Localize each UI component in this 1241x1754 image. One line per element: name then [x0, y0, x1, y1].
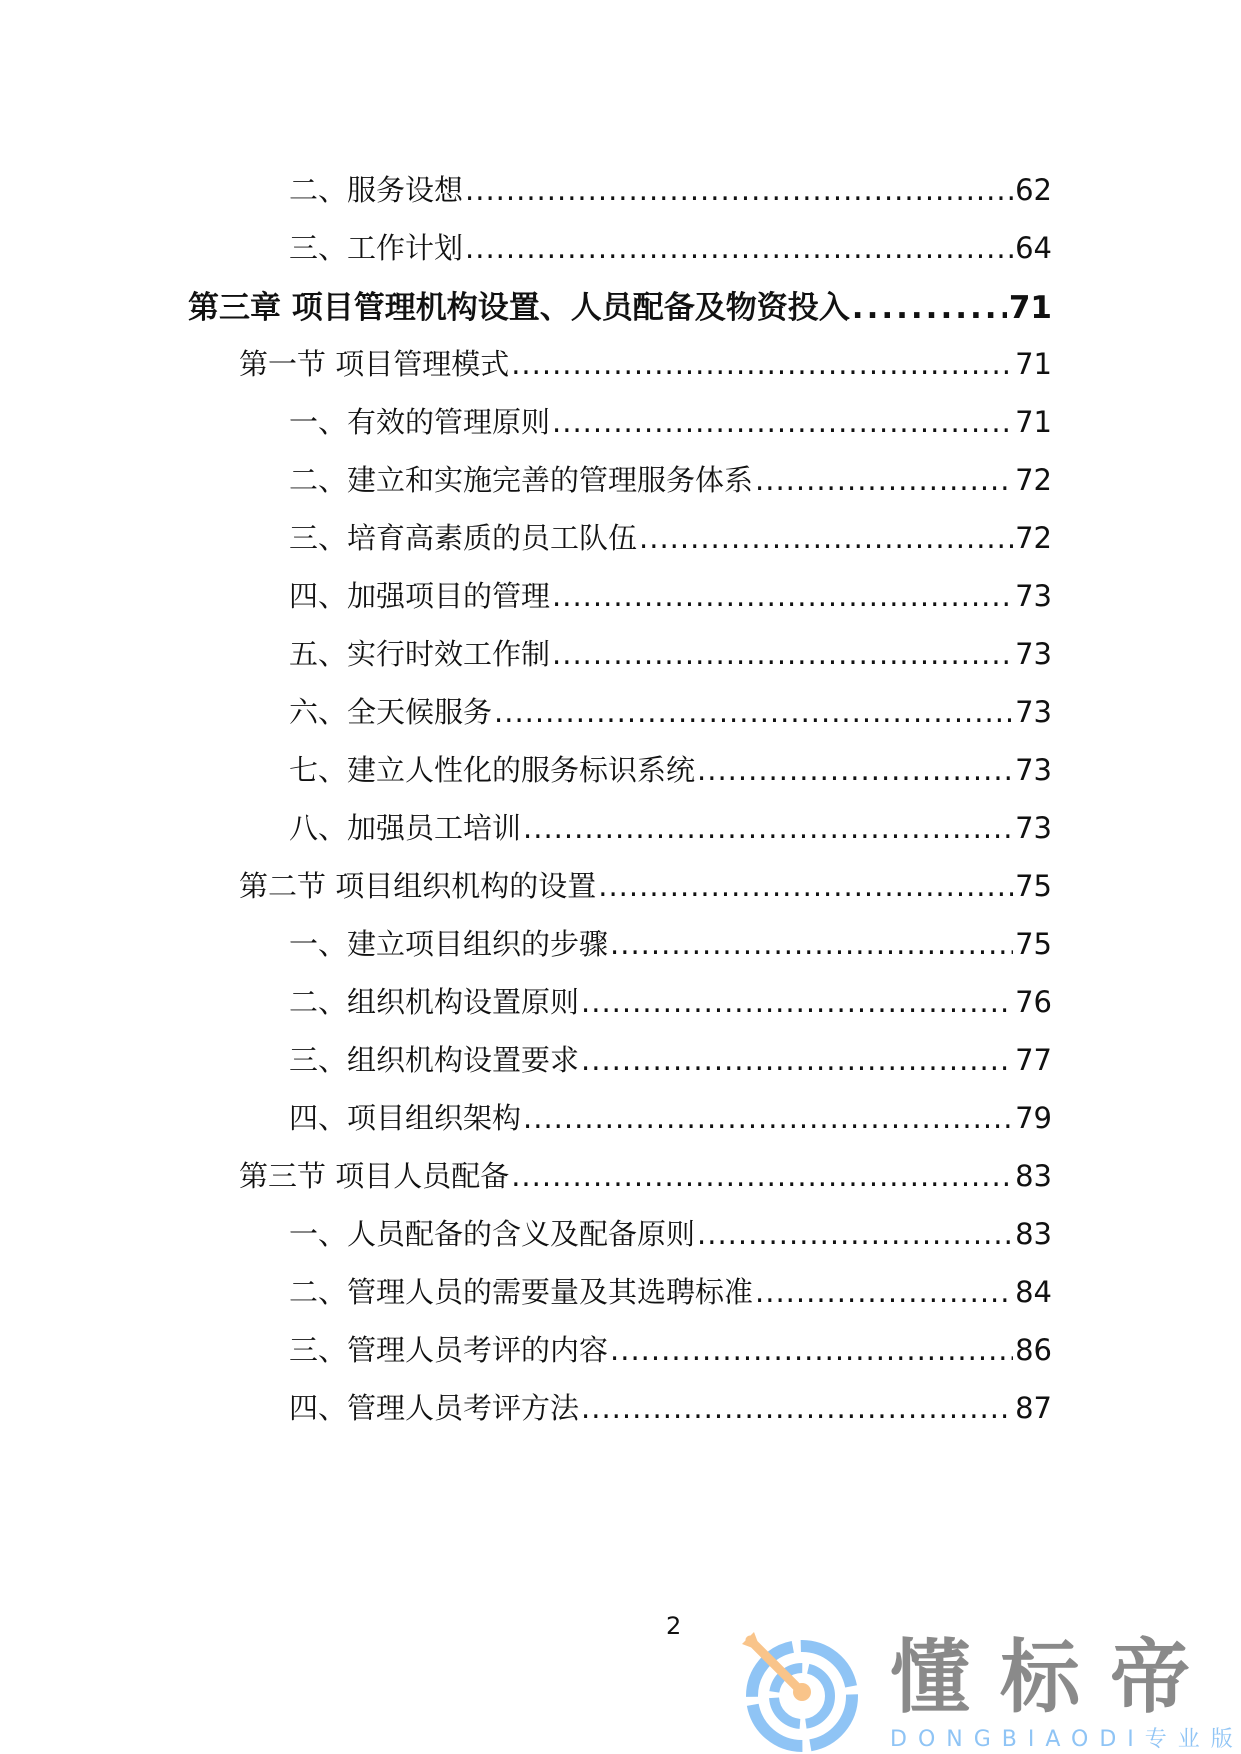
toc-entry[interactable]: 二、管理人员的需要量及其选聘标准84 [289, 1270, 1052, 1311]
toc-entry-page: 75 [1015, 927, 1052, 961]
toc-entry-label: 四、管理人员考评方法 [289, 1386, 579, 1427]
toc-entry[interactable]: 一、建立项目组织的步骤75 [289, 922, 1052, 963]
toc-entry-label: 八、加强员工培训 [289, 806, 521, 847]
dot-leader [610, 927, 1013, 961]
toc-entry-label: 三、管理人员考评的内容 [289, 1328, 608, 1369]
toc-entry-label: 一、人员配备的含义及配备原则 [289, 1212, 695, 1253]
dot-leader [755, 463, 1013, 497]
toc-entry-page: 86 [1015, 1333, 1052, 1367]
watermark-title: 懂标帝 [890, 1638, 1220, 1718]
toc-entry-page: 73 [1015, 695, 1052, 729]
toc-entry[interactable]: 二、组织机构设置原则76 [289, 980, 1052, 1021]
dot-leader [852, 290, 1007, 326]
dot-leader [523, 811, 1013, 845]
toc-entry[interactable]: 三、管理人员考评的内容86 [289, 1328, 1052, 1369]
dot-leader [552, 579, 1013, 613]
toc-entry[interactable]: 四、管理人员考评方法87 [289, 1386, 1052, 1427]
toc-entry-label: 五、实行时效工作制 [289, 632, 550, 673]
toc-entry-label: 一、有效的管理原则 [289, 400, 550, 441]
toc-entry-page: 87 [1015, 1391, 1052, 1425]
dot-leader [523, 1101, 1013, 1135]
toc-entry-page: 77 [1015, 1043, 1052, 1077]
dot-leader [581, 1043, 1013, 1077]
toc-entry-label: 第三章 项目管理机构设置、人员配备及物资投入 [188, 282, 850, 327]
toc-entry-page: 84 [1015, 1275, 1052, 1309]
toc-entry-label: 第三节 项目人员配备 [239, 1154, 509, 1195]
toc-entry-page: 73 [1015, 579, 1052, 613]
dot-leader [598, 869, 1013, 903]
toc-entry-page: 64 [1015, 231, 1052, 265]
toc-entry-label: 第一节 项目管理模式 [239, 342, 509, 383]
dot-leader [639, 521, 1013, 555]
toc-entry[interactable]: 七、建立人性化的服务标识系统73 [289, 748, 1052, 789]
toc-entry[interactable]: 一、有效的管理原则71 [289, 400, 1052, 441]
toc-entry-page: 79 [1015, 1101, 1052, 1135]
dot-leader [610, 1333, 1013, 1367]
toc-entry-label: 一、建立项目组织的步骤 [289, 922, 608, 963]
toc-entry-label: 三、培育高素质的员工队伍 [289, 516, 637, 557]
toc-entry-page: 73 [1015, 811, 1052, 845]
toc-entry-label: 二、服务设想 [289, 168, 463, 209]
dot-leader [465, 173, 1013, 207]
toc-entry-label: 三、工作计划 [289, 226, 463, 267]
toc-entry-label: 七、建立人性化的服务标识系统 [289, 748, 695, 789]
toc-entry-page: 76 [1015, 985, 1052, 1019]
toc-section-entry[interactable]: 第一节 项目管理模式71 [239, 342, 1052, 383]
toc-entry[interactable]: 六、全天候服务73 [289, 690, 1052, 731]
dot-leader [494, 695, 1013, 729]
toc-entry-page: 75 [1015, 869, 1052, 903]
toc-entry-label: 三、组织机构设置要求 [289, 1038, 579, 1079]
dot-leader [511, 347, 1013, 381]
toc-entry-label: 四、加强项目的管理 [289, 574, 550, 615]
target-arrow-logo-icon [740, 1630, 865, 1754]
toc-entry[interactable]: 三、培育高素质的员工队伍72 [289, 516, 1052, 557]
toc-entry[interactable]: 八、加强员工培训73 [289, 806, 1052, 847]
toc-entry[interactable]: 四、加强项目的管理73 [289, 574, 1052, 615]
toc-entry-page: 83 [1015, 1217, 1052, 1251]
page-number: 2 [666, 1612, 681, 1640]
dot-leader [581, 985, 1013, 1019]
dot-leader [581, 1391, 1013, 1425]
toc-entry-page: 72 [1015, 521, 1052, 555]
dot-leader [697, 1217, 1013, 1251]
toc-entry-label: 二、建立和实施完善的管理服务体系 [289, 458, 753, 499]
dot-leader [755, 1275, 1013, 1309]
watermark: 懂标帝 DONGBIAODI专业版 [740, 1630, 1220, 1754]
toc-entry-label: 二、组织机构设置原则 [289, 980, 579, 1021]
toc-entry-page: 71 [1009, 290, 1052, 326]
toc-section-entry[interactable]: 第三节 项目人员配备83 [239, 1154, 1052, 1195]
toc-entry-page: 83 [1015, 1159, 1052, 1193]
dot-leader [552, 405, 1013, 439]
toc-chapter-entry[interactable]: 第三章 项目管理机构设置、人员配备及物资投入71 [188, 282, 1052, 327]
toc-entry-page: 62 [1015, 173, 1052, 207]
toc-entry-page: 71 [1015, 405, 1052, 439]
toc-entry-page: 71 [1015, 347, 1052, 381]
toc-entry[interactable]: 一、人员配备的含义及配备原则83 [289, 1212, 1052, 1253]
toc-entry-label: 六、全天候服务 [289, 690, 492, 731]
dot-leader [697, 753, 1013, 787]
toc-entry[interactable]: 三、组织机构设置要求77 [289, 1038, 1052, 1079]
toc-entry-page: 73 [1015, 753, 1052, 787]
dot-leader [511, 1159, 1013, 1193]
toc-entry-label: 四、项目组织架构 [289, 1096, 521, 1137]
toc-entry-page: 72 [1015, 463, 1052, 497]
dot-leader [465, 231, 1013, 265]
toc-entry-page: 73 [1015, 637, 1052, 671]
toc-entry[interactable]: 四、项目组织架构79 [289, 1096, 1052, 1137]
toc-entry[interactable]: 二、建立和实施完善的管理服务体系72 [289, 458, 1052, 499]
toc-entry[interactable]: 二、服务设想62 [289, 168, 1052, 209]
toc-entry[interactable]: 五、实行时效工作制73 [289, 632, 1052, 673]
toc-entry-label: 第二节 项目组织机构的设置 [239, 864, 596, 905]
toc-section-entry[interactable]: 第二节 项目组织机构的设置75 [239, 864, 1052, 905]
watermark-subtitle: DONGBIAODI专业版 [890, 1722, 1241, 1753]
toc-entry-label: 二、管理人员的需要量及其选聘标准 [289, 1270, 753, 1311]
toc-entry[interactable]: 三、工作计划64 [289, 226, 1052, 267]
dot-leader [552, 637, 1013, 671]
